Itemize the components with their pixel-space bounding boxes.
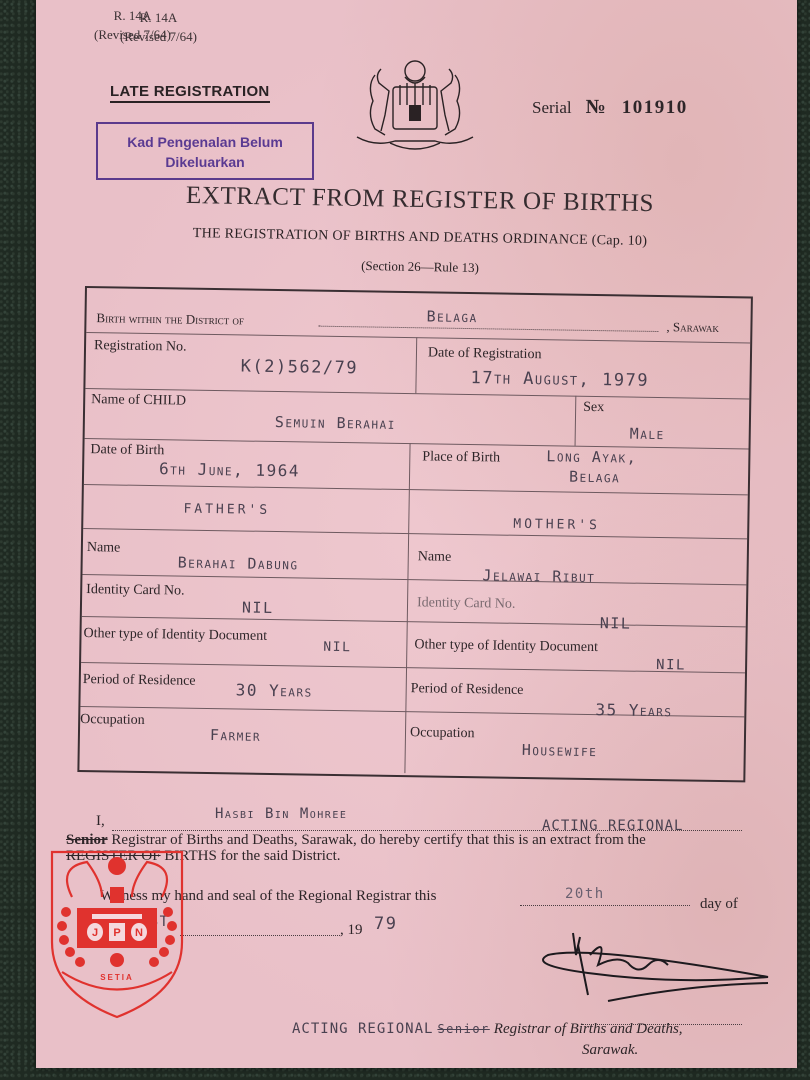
number-symbol: № — [586, 96, 606, 118]
month-dotted-line — [180, 935, 340, 936]
father-other-id-value: NIL — [323, 640, 351, 655]
jpn-club-seal-icon: J P N SETIA — [42, 842, 192, 1022]
father-occupation-value: Farmer — [210, 726, 261, 745]
child-name-value: Semuin Berahai — [275, 413, 396, 433]
mother-occupation-value: Housewife — [522, 741, 598, 760]
mother-residence-label: Period of Residence — [411, 681, 524, 699]
sex-value: Male — [630, 425, 665, 444]
seal-letter-n: N — [135, 927, 143, 939]
mother-ic-label: Identity Card No. — [417, 595, 516, 613]
seal-letter-p: P — [113, 927, 120, 939]
day-dotted-line — [520, 905, 690, 906]
registration-no-label: Registration No. — [94, 338, 187, 355]
signature-senior-struck: Senior — [437, 1022, 489, 1036]
form-code-number: R. 14A — [94, 6, 171, 25]
registrar-name-value: Hasbi Bin Mohree — [215, 806, 347, 822]
late-registration-heading: LATE REGISTRATION — [110, 83, 270, 103]
year-value: 79 — [374, 914, 397, 934]
place-of-birth-line1: Long Ayak, — [546, 447, 637, 466]
district-label: Birth within the District of — [96, 310, 244, 328]
father-ic-value: NIL — [242, 599, 274, 617]
father-name-value: Berahai Dabung — [178, 553, 299, 573]
date-of-registration-label: Date of Registration — [428, 345, 542, 363]
state-label: , Sarawak — [666, 319, 719, 336]
mother-ic-value: NIL — [600, 614, 632, 632]
signature-state: Sarawak. — [582, 1042, 638, 1059]
birth-register-table: Birth within the District of Belaga , Sa… — [77, 286, 753, 782]
district-value: Belaga — [426, 307, 477, 326]
serial-value: 101910 — [622, 97, 688, 118]
place-of-birth-line2: Belaga — [569, 468, 620, 487]
father-heading: FATHER'S — [183, 502, 270, 518]
signature-title-text: Registrar of Births and Deaths, — [494, 1021, 683, 1037]
father-ic-label: Identity Card No. — [86, 582, 185, 600]
coat-of-arms-icon — [345, 55, 485, 160]
form-revision: (Revised 7/64) — [94, 25, 171, 44]
mother-residence-value: 35 Years — [595, 700, 672, 720]
dob-value: 6th June, 1964 — [159, 459, 300, 480]
day-of-label: day of — [700, 896, 738, 913]
date-of-registration-value: 17th August, 1979 — [470, 368, 649, 391]
cert-i-label: I, — [96, 813, 105, 830]
serial-number: Serial№101910 — [532, 96, 688, 119]
form-code-header: R. 14A (Revised 7/64) — [94, 6, 171, 44]
father-other-id-label: Other type of Identity Document — [83, 626, 267, 645]
dob-label: Date of Birth — [90, 442, 164, 459]
day-value: 20th — [565, 886, 605, 902]
father-residence-label: Period of Residence — [83, 672, 196, 690]
seal-letter-j: J — [92, 927, 98, 939]
father-name-label: Name — [87, 540, 121, 557]
signature-title: ACTING REGIONAL Senior Registrar of Birt… — [292, 1020, 683, 1038]
seal-motto: SETIA — [100, 973, 134, 982]
father-occupation-label: Occupation — [80, 712, 145, 729]
mother-other-id-label: Other type of Identity Document — [414, 637, 598, 656]
father-residence-value: 30 Years — [236, 680, 313, 700]
place-of-birth-label: Place of Birth — [422, 449, 500, 466]
id-card-not-issued-stamp: Kad Pengenalan Belum Dikeluarkan — [96, 122, 314, 180]
mother-name-label: Name — [418, 549, 452, 566]
sex-label: Sex — [583, 400, 604, 416]
mother-occupation-label: Occupation — [410, 725, 475, 742]
mother-heading: MOTHER'S — [513, 517, 600, 533]
year-prefix: , 19 — [340, 922, 363, 939]
serial-label: Serial — [532, 98, 572, 117]
signature-title-typed: ACTING REGIONAL — [292, 1021, 433, 1037]
mother-name-value: Jelawai Ribut — [482, 566, 595, 586]
registrar-signature-icon — [528, 925, 778, 1005]
mother-other-id-value: NIL — [656, 657, 686, 673]
child-name-label: Name of CHILD — [91, 392, 186, 409]
registration-no-value: K(2)562/79 — [241, 356, 359, 378]
stamp-line-2: Dikeluarkan — [98, 152, 312, 172]
stamp-line-1: Kad Pengenalan Belum — [98, 132, 312, 152]
